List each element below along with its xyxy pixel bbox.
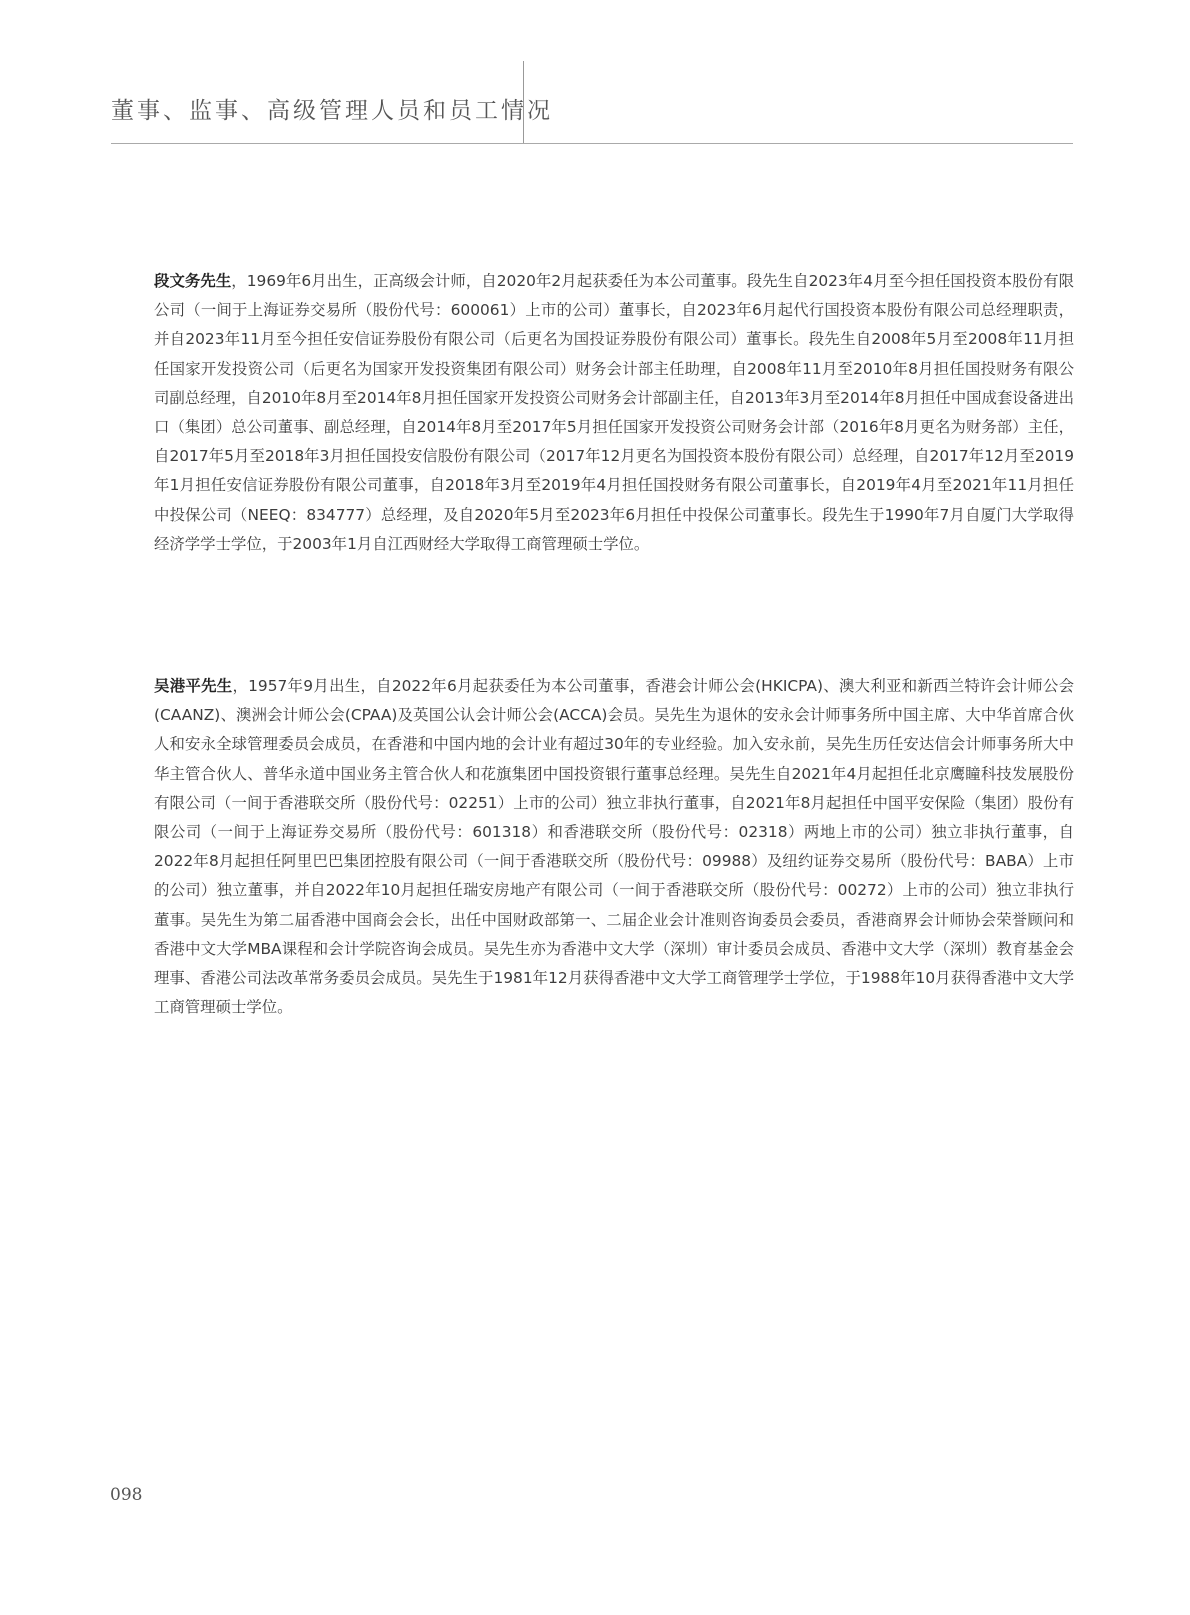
header-vertical-divider: [523, 61, 524, 144]
director-name: 段文务先生: [154, 272, 231, 290]
director-bio-text: ，1957年9月出生，自2022年6月起获委任为本公司董事，香港会计师公会(HK…: [154, 677, 1074, 1016]
header-horizontal-divider: [111, 143, 1073, 144]
page-number: 098: [110, 1485, 142, 1505]
director-name: 吴港平先生: [154, 677, 232, 695]
section-title: 董事、监事、高级管理人员和员工情况: [111, 92, 553, 125]
director-bio-duan: 段文务先生，1969年6月出生，正高级会计师，自2020年2月起获委任为本公司董…: [154, 267, 1074, 559]
director-bio-text: ，1969年6月出生，正高级会计师，自2020年2月起获委任为本公司董事。段先生…: [154, 272, 1074, 553]
director-bio-wu: 吴港平先生，1957年9月出生，自2022年6月起获委任为本公司董事，香港会计师…: [154, 672, 1074, 1022]
